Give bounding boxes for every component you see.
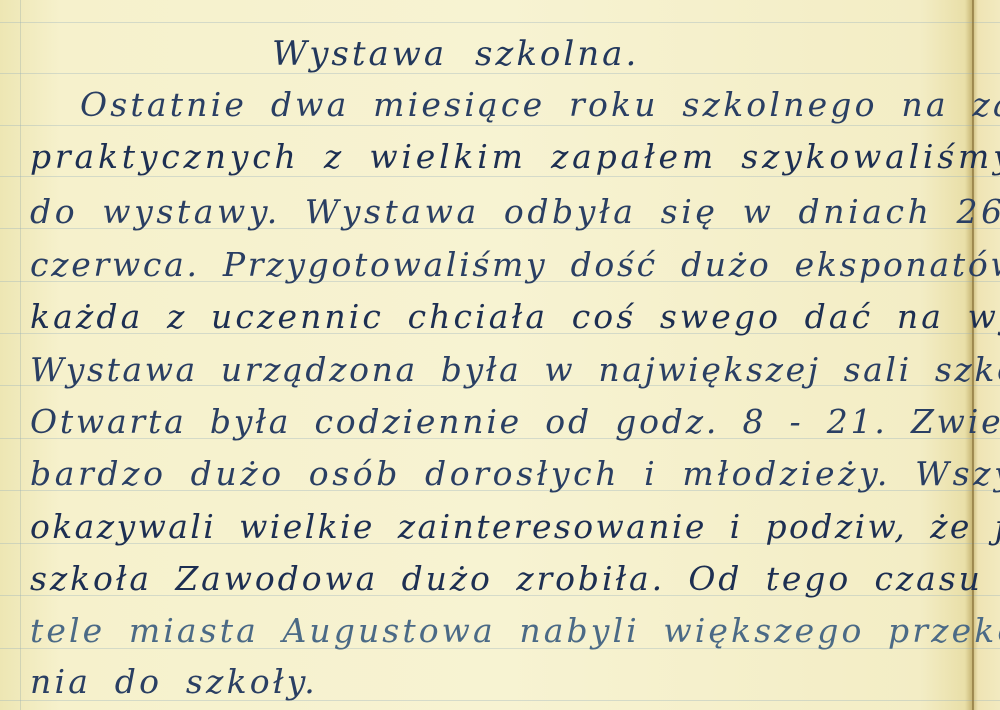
text-line-10: szkoła Zawodowa dużo zrobiła. Od tego cz…: [30, 562, 1000, 595]
text-line-11: tele miasta Augustowa nabyli większego p…: [30, 614, 1000, 647]
text-line-9: okazywali wielkie zainteresowanie i podz…: [30, 510, 1000, 543]
ruled-line: [0, 125, 1000, 126]
margin-line: [20, 0, 21, 710]
text-line-12: nia do szkoły.: [30, 665, 318, 698]
ruled-line: [0, 22, 1000, 23]
notebook-page: Wystawa szkolna. Ostatnie dwa miesiące r…: [0, 0, 1000, 710]
text-line-2: praktycznych z wielkim zapałem szykowali…: [30, 140, 1000, 173]
ruled-line: [0, 176, 1000, 177]
text-line-3: do wystawy. Wystawa odbyła się w dniach …: [30, 195, 1000, 228]
text-line-5: każda z uczennic chciała coś swego dać n…: [30, 300, 1000, 333]
text-line-4: czerwca. Przygotowaliśmy dość dużo ekspo…: [30, 248, 1000, 281]
text-line-6: Wystawa urządzona była w największej sal…: [30, 353, 1000, 386]
page-title: Wystawa szkolna.: [272, 34, 639, 74]
text-line-7: Otwarta była codziennie od godz. 8 - 21.…: [30, 405, 1000, 438]
text-line-8: bardzo dużo osób dorosłych i młodzieży. …: [30, 457, 1000, 490]
text-line-1: Ostatnie dwa miesiące roku szkolnego na …: [80, 88, 1000, 121]
